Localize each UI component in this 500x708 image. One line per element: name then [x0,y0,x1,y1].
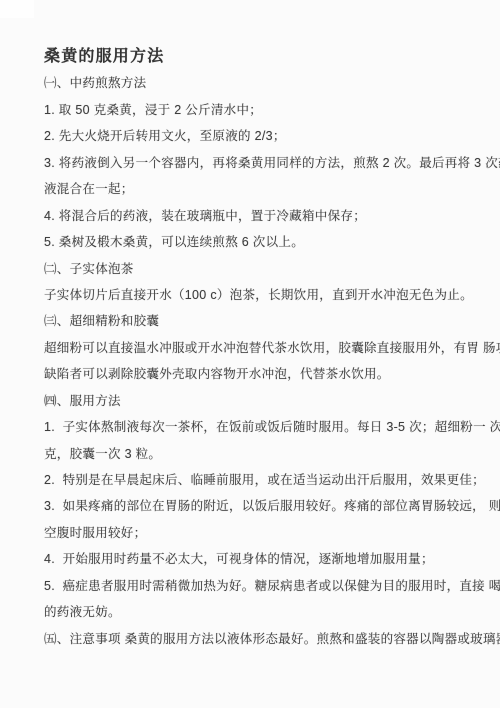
text-line: 超细粉可以直接温水冲服或开水冲泡替代茶水饮用，胶囊除直接服用外，有胃 肠功能 [44,335,484,361]
page-title: 桑黄的服用方法 [44,44,484,70]
text-line: 2. 特别是在早晨起床后、临睡前服用，或在适当运动出汗后服用，效果更佳； [44,467,484,493]
text-line: 4. 将混合后的药液，装在玻璃瓶中，置于冷藏箱中保存； [44,203,484,229]
scan-corner-artifact [0,0,34,18]
text-line: 5. 桑树及椴木桑黄，可以连续煎熬 6 次以上。 [44,229,484,255]
section-1-heading: ㈠、中药煎熬方法 [44,70,484,96]
text-line: 1. 取 50 克桑黄，浸于 2 公斤清水中； [44,97,484,123]
section-2-heading: ㈡、子实体泡茶 [44,256,484,282]
text-line: 4. 开始服用时药量不必太大，可视身体的情况，逐渐地增加服用量； [44,546,484,572]
section-5-heading: ㈤、注意事项 桑黄的服用方法以液体形态最好。煎熬和盛装的容器以陶器或玻璃器皿 [44,626,484,652]
text-line: 3. 将药液倒入另一个容器内，再将桑黄用同样的方法，煎熬 2 次。最后再将 3 … [44,150,484,176]
text-line: 3. 如果疼痛的部位在胃肠的附近，以饭后服用较好。疼痛的部位离胃肠较远， 则在 [44,493,484,519]
text-line: 的药液无妨。 [44,599,484,625]
text-line: 液混合在一起； [44,176,484,202]
text-line: 2. 先大火烧开后转用文火，至原液的 2/3； [44,123,484,149]
document-content: 桑黄的服用方法 ㈠、中药煎熬方法 1. 取 50 克桑黄，浸于 2 公斤清水中；… [44,44,484,652]
text-line: 空腹时服用较好； [44,520,484,546]
document-page: 桑黄的服用方法 ㈠、中药煎熬方法 1. 取 50 克桑黄，浸于 2 公斤清水中；… [0,0,500,708]
text-line: 1. 子实体熬制液每次一茶杯，在饭前或饭后随时服用。每日 3-5 次；超细粉一 … [44,414,484,440]
text-line: 子实体切片后直接开水（100 c）泡茶，长期饮用，直到开水冲泡无色为止。 [44,282,484,308]
text-line: 5. 癌症患者服用时需稍微加热为好。糖尿病患者或以保健为目的服用时，直接 喝凉 [44,573,484,599]
text-line: 克，胶囊一次 3 粒。 [44,441,484,467]
section-3-heading: ㈢、超细精粉和胶囊 [44,308,484,334]
section-4-heading: ㈣、服用方法 [44,388,484,414]
text-line: 缺陷者可以剥除胶囊外壳取内容物开水冲泡，代替茶水饮用。 [44,361,484,387]
